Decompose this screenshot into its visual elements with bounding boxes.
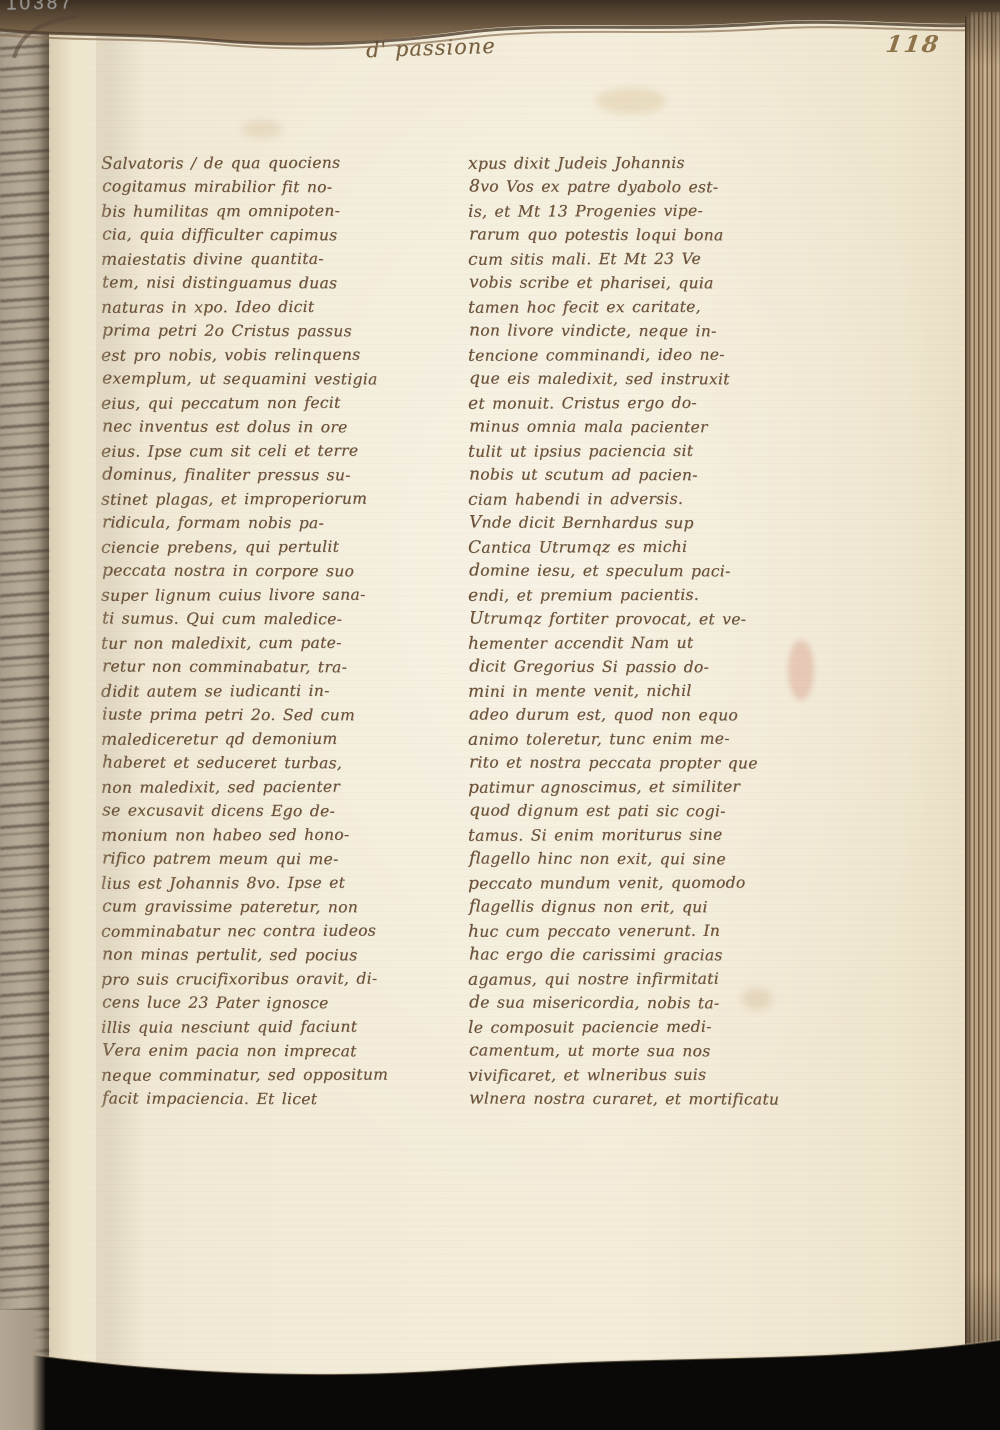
manuscript-text-line: haberet et seduceret turbas, [102,750,447,775]
manuscript-text-line: cens luce 23 Pater ignosce [102,990,447,1015]
manuscript-text-line: monium non habeo sed hono- [101,822,446,848]
text-column-right: xpus dixit Judeis Johannis8vo Vos ex pat… [468,151,813,1111]
manuscript-text-line: de sua misericordia, nobis ta- [469,990,814,1015]
manuscript-text-line: nobis ut scutum ad pacien- [469,462,814,487]
manuscript-text-line: rifico patrem meum qui me- [102,846,447,871]
manuscript-text-line: is, et Mt 13 Progenies vipe- [468,198,813,224]
manuscript-text-line: non maledixit, sed pacienter [101,774,446,800]
manuscript-text-line: se excusavit dicens Ego de- [102,798,447,823]
manuscript-text-line: non minas pertulit, sed pocius [102,942,447,967]
folio-number: 118 [884,31,942,58]
background-below-page [0,1270,1000,1430]
manuscript-text-line: neque comminatur, sed oppositum [101,1062,446,1088]
manuscript-text-line: maiestatis divine quantita- [101,246,446,272]
manuscript-text-line: Cantica Utrumqz es michi [468,534,813,560]
manuscript-text-line: xpus dixit Judeis Johannis [468,150,813,176]
manuscript-text-line: hementer accendit Nam ut [468,630,813,656]
digitization-watermark: 10387 [6,0,74,16]
manuscript-text-line: minus omnia mala pacienter [469,414,814,439]
book-fore-edge [965,12,1000,1380]
manuscript-text-line: quod dignum est pati sic cogi- [469,798,814,823]
manuscript-text-line: dominus, finaliter pressus su- [102,462,447,487]
manuscript-text-line: eius, qui peccatum non fecit [101,390,446,416]
book-head-edge [0,0,1000,58]
manuscript-text-line: mini in mente venit, nichil [468,678,813,704]
manuscript-text-line: nec inventus est dolus in ore [102,414,447,439]
manuscript-text-line: camentum, ut morte sua nos [469,1038,814,1063]
manuscript-text-line: que eis maledixit, sed instruxit [469,366,814,391]
manuscript-text-line: cum sitis mali. Et Mt 23 Ve [468,246,813,272]
manuscript-text-line: peccata nostra in corpore suo [102,558,447,583]
manuscript-text-line: et monuit. Cristus ergo do- [468,390,813,416]
manuscript-text-line: illis quia nesciunt quid faciunt [101,1014,446,1040]
manuscript-text-line: huc cum peccato venerunt. In [468,918,813,944]
manuscript-text-line: tamen hoc fecit ex caritate, [468,294,813,320]
manuscript-text-line: Vera enim pacia non imprecat [102,1038,447,1063]
manuscript-text-line: naturas in xpo. Ideo dicit [101,294,446,320]
manuscript-text-line: stinet plagas, et improperiorum [101,486,446,512]
manuscript-text-line: rito et nostra peccata propter que [469,750,814,775]
manuscript-text-line: ciencie prebens, qui pertulit [101,534,446,560]
manuscript-text-line: ciam habendi in adversis. [468,486,813,512]
manuscript-text-line: bis humilitas qm omnipoten- [101,198,446,224]
parchment-stain [596,88,666,114]
text-column-left: Salvatoris / de qua quocienscogitamus mi… [101,151,446,1111]
manuscript-text-line: peccato mundum venit, quomodo [468,870,813,896]
manuscript-text-line: domine iesu, et speculum paci- [469,558,814,583]
running-title: d' passione [366,34,496,63]
manuscript-text-line: vobis scribe et pharisei, quia [469,270,814,295]
manuscript-text-line: malediceretur qd demonium [101,726,446,752]
manuscript-text-line: super lignum cuius livore sana- [101,582,446,608]
manuscript-text-line: wlnera nostra curaret, et mortificatu [469,1086,814,1111]
manuscript-text-line: animo toleretur, tunc enim me- [468,726,813,752]
manuscript-text-line: ridicula, formam nobis pa- [102,510,447,535]
facing-page-edge [0,0,49,1430]
manuscript-text-line: prima petri 2o Cristus passus [102,318,447,343]
manuscript-text-line: ti sumus. Qui cum maledice- [102,606,447,631]
manuscript-text-line: tencione comminandi, ideo ne- [468,342,813,368]
parchment-stain [242,120,282,138]
manuscript-text-line: pro suis crucifixoribus oravit, di- [101,966,446,992]
manuscript-text-line: cogitamus mirabilior fit no- [102,174,447,199]
manuscript-text-line: hac ergo die carissimi gracias [469,942,814,967]
manuscript-text-line: facit impaciencia. Et licet [102,1086,447,1111]
manuscript-text-line: est pro nobis, vobis relinquens [101,342,446,368]
manuscript-text-line: iuste prima petri 2o. Sed cum [102,702,447,727]
manuscript-text-line: tur non maledixit, cum pate- [101,630,446,656]
manuscript-text-line: Salvatoris / de qua quociens [101,150,446,176]
manuscript-text-line: tulit ut ipsius paciencia sit [468,438,813,464]
manuscript-text-line: rarum quo potestis loqui bona [469,222,814,247]
manuscript-text-line: cia, quia difficulter capimus [102,222,447,247]
manuscript-text-line: eius. Ipse cum sit celi et terre [101,438,446,464]
manuscript-text-line: comminabatur nec contra iudeos [101,918,446,944]
manuscript-text-line: flagello hinc non exit, qui sine [469,846,814,871]
manuscript-page-photo: Salvatoris / de qua quocienscogitamus mi… [0,0,1000,1430]
manuscript-text-line: endi, et premium pacientis. [468,582,813,608]
manuscript-text-line: Utrumqz fortiter provocat, et ve- [469,606,814,631]
manuscript-text-line: cum gravissime pateretur, non [102,894,447,919]
manuscript-text-line: didit autem se iudicanti in- [101,678,446,704]
manuscript-text-line: tamus. Si enim moriturus sine [468,822,813,848]
manuscript-text-line: le composuit paciencie medi- [468,1014,813,1040]
manuscript-text-line: adeo durum est, quod non equo [469,702,814,727]
manuscript-text-line: 8vo Vos ex patre dyabolo est- [469,174,814,199]
manuscript-text-line: Vnde dicit Bernhardus sup [469,510,814,535]
manuscript-text-line: flagellis dignus non erit, qui [469,894,814,919]
manuscript-text-line: retur non comminabatur, tra- [102,654,447,679]
manuscript-text-line: dicit Gregorius Si passio do- [469,654,814,679]
manuscript-text-line: exemplum, ut sequamini vestigia [102,366,447,391]
manuscript-text-line: agamus, qui nostre infirmitati [468,966,813,992]
manuscript-text-line: lius est Johannis 8vo. Ipse et [101,870,446,896]
manuscript-text-line: non livore vindicte, neque in- [469,318,814,343]
manuscript-text-line: tem, nisi distinguamus duas [102,270,447,295]
manuscript-text-line: vivificaret, et wlneribus suis [468,1062,813,1088]
manuscript-text-line: patimur agnoscimus, et similiter [468,774,813,800]
